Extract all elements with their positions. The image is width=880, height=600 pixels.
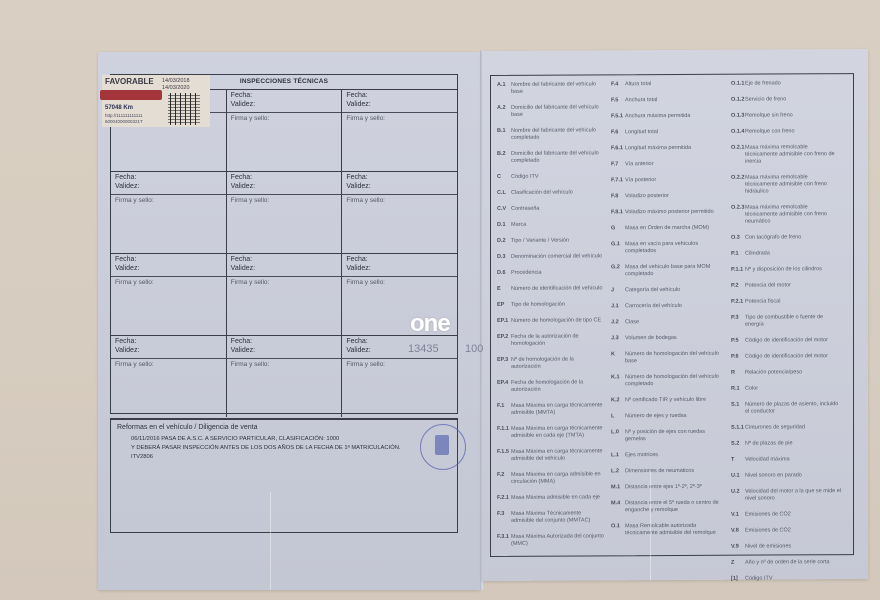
code-key: F.6.1 <box>611 145 625 152</box>
code-key: P.6 <box>731 354 745 361</box>
code-label: Tipo de homologación <box>511 301 605 308</box>
code-key: L <box>611 413 625 420</box>
code-item: D.1Marca <box>497 221 605 229</box>
code-label: Contraseña <box>511 205 605 212</box>
code-key: J <box>611 287 625 294</box>
code-label: Potencia del motor <box>745 282 841 290</box>
code-item: A.1Nombre del fabricante del vehículo ba… <box>497 81 605 96</box>
code-label: Masa en vacío para vehículos completados <box>625 241 725 256</box>
code-item: F.1.5Masa Máxima en carga técnicamente a… <box>497 448 605 463</box>
code-label: Nombre del fabricante del vehículo base <box>511 81 605 95</box>
code-item: J.1Carrocería del vehículo <box>611 303 725 311</box>
code-item: P.6Código de identificación del motor <box>731 353 841 361</box>
code-label: Masa Máxima en carga técnicamente admisi… <box>511 425 605 439</box>
code-label: Color <box>745 385 841 393</box>
inspection-cell-header: Fecha:Validez: <box>342 336 457 359</box>
code-key: EP.4 <box>497 380 511 394</box>
code-key: G.2 <box>611 264 625 278</box>
fecha-label: Fecha: <box>231 255 338 264</box>
code-key: F.4 <box>611 81 625 88</box>
code-label: Categoría del vehículo <box>625 287 725 295</box>
code-key: F.1.5 <box>497 449 511 463</box>
official-stamp-icon <box>420 424 466 470</box>
codes-column-1: A.1Nombre del fabricante del vehículo ba… <box>497 81 605 557</box>
inspection-cell-header: Fecha:Validez: <box>342 172 457 195</box>
code-item: P.1.1Nº y disposición de los cilindros <box>731 266 841 274</box>
code-key: S.1 <box>731 402 745 416</box>
qr-code-icon <box>168 93 200 125</box>
validez-label: Validez: <box>115 182 222 191</box>
code-item: J.2Clase <box>611 319 725 327</box>
code-item: F.2.1Masa Máxima admisible en cada eje <box>497 494 605 502</box>
code-label: Longitud total <box>625 129 725 137</box>
code-label: Código ITV <box>745 575 841 583</box>
code-item: D.3Denominación comercial del vehículo <box>497 253 605 261</box>
inspection-cell: Fecha:Validez:Firma y sello: <box>342 336 457 417</box>
code-item: O.2.2Masa máxima remolcable técnicamente… <box>731 174 841 196</box>
code-key: P.3 <box>731 315 745 329</box>
code-item: P.1Cilindrada <box>731 250 841 258</box>
code-label: Vía posterior <box>625 177 725 185</box>
fecha-label: Fecha: <box>231 91 338 100</box>
code-key: F.2 <box>497 472 511 486</box>
code-key: C.V <box>497 206 511 213</box>
inspection-cell-header: Fecha:Validez: <box>227 90 342 113</box>
code-label: Nivel sonoro en parado <box>745 472 841 480</box>
reformas-section: Reformas en el vehículo / Diligencia de … <box>110 418 458 533</box>
inspection-cell: Fecha:Validez:Firma y sello: <box>342 90 457 171</box>
validez-label: Validez: <box>231 182 338 191</box>
code-key: O.1.3 <box>731 113 745 120</box>
code-item: RRelación potencia/peso <box>731 369 841 377</box>
code-label: Distancia entre ejes 1º-2º, 2º-3º <box>625 484 725 492</box>
code-label: Distancia entre el 5º rueda o centro de … <box>625 500 725 515</box>
redaction-bar <box>100 90 162 100</box>
watermark: one 13435 100 <box>410 312 450 336</box>
code-item: U.2Velocidad del motor a la que se mide … <box>731 488 841 503</box>
code-item: K.2Nº certificado TIR y vehículo libre <box>611 397 725 405</box>
code-label: Voladizo máximo posterior permitido <box>625 209 725 217</box>
code-item: LNúmero de ejes y ruedas <box>611 413 725 421</box>
code-item: O.2.1Masa máxima remolcable técnicamente… <box>731 144 841 166</box>
code-item: F.3.1Masa Máxima Autorizada del conjunto… <box>497 533 605 548</box>
code-item: F.3Masa Máxima Técnicamente admisible de… <box>497 510 605 525</box>
code-label: Masa del vehículo base para MOM completa… <box>625 264 725 279</box>
code-item: D.2Tipo / Variante / Versión <box>497 237 605 245</box>
code-key: J.3 <box>611 335 625 342</box>
inspection-cell: Fecha:Validez:Firma y sello: <box>227 172 343 253</box>
code-key: EP.2 <box>497 334 511 348</box>
firma-label: Firma y sello: <box>342 195 457 206</box>
code-key: F.7 <box>611 161 625 168</box>
code-label: Masa Máxima admisible en cada eje <box>511 494 605 501</box>
code-key: F.5.1 <box>611 113 625 120</box>
code-item: J.3Volumen de bodegas <box>611 335 725 343</box>
code-item: KNúmero de homologación del vehículo bas… <box>611 351 725 366</box>
code-label: Altura total <box>625 81 725 89</box>
code-item: F.8Voladizo posterior <box>611 193 725 201</box>
code-key: F.3 <box>497 511 511 525</box>
code-key: G <box>611 225 625 232</box>
code-key: K.2 <box>611 397 625 404</box>
code-item: F.7.1Vía posterior <box>611 177 725 185</box>
code-label: Nº y posición de ejes con ruedas gemelas <box>625 429 725 444</box>
code-label: Masa Máxima en carga técnicamente admisi… <box>511 448 605 462</box>
code-key: P.2.1 <box>731 299 745 306</box>
code-key: L.1 <box>611 452 625 459</box>
code-item: F.6.1Longitud máxima permitida <box>611 145 725 153</box>
inspection-cell: Fecha:Validez:Firma y sello: <box>111 336 227 417</box>
code-item: B.1Nombre del fabricante del vehículo co… <box>497 127 605 142</box>
code-label: Tipo de combustible o fuente de energía <box>745 314 841 329</box>
code-label: Número de ejes y ruedas <box>625 413 725 421</box>
code-item: S.1.1Cinturones de seguridad <box>731 424 841 432</box>
code-key: D.1 <box>497 222 511 229</box>
code-key: F.5 <box>611 97 625 104</box>
code-item: EPTipo de homologación <box>497 301 605 309</box>
code-item: EP.2Fecha de la autorización de homologa… <box>497 333 605 348</box>
code-key: EP <box>497 302 511 309</box>
code-label: Volumen de bodegas <box>625 335 725 343</box>
code-item: V.1Emisiones de CO2 <box>731 511 841 519</box>
code-label: Cinturones de seguridad <box>745 424 841 432</box>
inspection-cell-header: Fecha:Validez: <box>342 254 457 277</box>
code-label: Cilindrada <box>745 250 841 258</box>
watermark-number-left: 13435 <box>408 343 439 355</box>
code-key: O.1.2 <box>731 97 745 104</box>
inspection-row: Fecha:Validez:Firma y sello:Fecha:Valide… <box>111 254 457 336</box>
code-item: GMasa en Orden de marcha (MOM) <box>611 225 725 233</box>
code-item: JCategoría del vehículo <box>611 287 725 295</box>
code-item: CCódigo ITV <box>497 173 605 181</box>
code-key: P.1 <box>731 251 745 258</box>
code-key: O.1.4 <box>731 129 745 136</box>
validez-label: Validez: <box>346 264 453 273</box>
code-item: O.1.4Remolque con freno <box>731 128 841 136</box>
code-item: [1]Código ITV <box>731 575 841 583</box>
code-item: F.1Masa Máxima en carga técnicamente adm… <box>497 402 605 417</box>
code-key: S.2 <box>731 441 745 448</box>
firma-label: Firma y sello: <box>227 113 342 124</box>
code-key: F.6 <box>611 129 625 136</box>
code-label: Código de identificación del motor <box>745 353 841 361</box>
code-key: J.2 <box>611 319 625 326</box>
code-label: Año y nº de orden de la serie corta <box>745 559 841 567</box>
firma-label: Firma y sello: <box>342 359 457 370</box>
reformas-line: Y DEBERÁ PASAR INSPECCIÓN ANTES DE LOS D… <box>111 444 457 453</box>
code-key: F.8.1 <box>611 209 625 216</box>
code-item: O.3Con tacógrafo de freno <box>731 234 841 242</box>
code-label: Número de homologación de tipo CE <box>511 317 605 324</box>
code-item: A.2Domicilio del fabricante del vehículo… <box>497 104 605 119</box>
code-key: G.1 <box>611 241 625 255</box>
code-item: M.4Distancia entre el 5º rueda o centro … <box>611 500 725 515</box>
code-label: Remolque con freno <box>745 128 841 136</box>
code-key: L.2 <box>611 468 625 475</box>
code-label: Ejes motrices <box>625 452 725 460</box>
code-key: D.3 <box>497 254 511 261</box>
code-key: O.2.1 <box>731 145 745 166</box>
code-item: P.3Tipo de combustible o fuente de energ… <box>731 314 841 329</box>
code-label: Nº certificado TIR y vehículo libre <box>625 397 725 405</box>
inspection-cell: Fecha:Validez:Firma y sello: <box>227 90 343 171</box>
inspection-cell: Fecha:Validez:Firma y sello: <box>111 254 227 335</box>
code-item: O.1Masa Remolcable autorizada técnicamen… <box>611 523 725 538</box>
code-item: G.1Masa en vacío para vehículos completa… <box>611 241 725 256</box>
inspection-cell: Fecha:Validez:Firma y sello: <box>111 172 227 253</box>
watermark-logo: one <box>410 312 450 336</box>
code-label: Emisiones de CO2 <box>745 527 841 535</box>
sticker-validity-date: 14/03/2020 <box>162 85 190 91</box>
reformas-line: ITV2806 <box>111 453 457 462</box>
code-label: Carrocería del vehículo <box>625 303 725 311</box>
code-key: V.9 <box>731 544 745 551</box>
code-key: O.1 <box>611 523 625 537</box>
code-key: J.1 <box>611 303 625 310</box>
code-key: B.1 <box>497 128 511 142</box>
reformas-line: 06/11/2016 PASA DE A.S.C. A SERVICIO PAR… <box>111 435 457 444</box>
code-item: V.9Nivel de emisiones <box>731 543 841 551</box>
code-label: Dimensiones de neumáticos <box>625 468 725 476</box>
validez-label: Validez: <box>231 346 338 355</box>
code-key: O.2.3 <box>731 205 745 226</box>
validez-label: Validez: <box>346 100 453 109</box>
code-key: Z <box>731 560 745 567</box>
code-label: Tipo / Variante / Versión <box>511 237 605 244</box>
code-key: V.1 <box>731 512 745 519</box>
code-key: P.2 <box>731 283 745 290</box>
firma-label: Firma y sello: <box>227 359 342 370</box>
firma-label: Firma y sello: <box>227 277 342 288</box>
inspection-cell-header: Fecha:Validez: <box>227 254 342 277</box>
code-item: F.8.1Voladizo máximo posterior permitido <box>611 209 725 217</box>
code-label: Masa máxima remolcable técnicamente admi… <box>745 174 841 196</box>
code-item: F.1.1Masa Máxima en carga técnicamente a… <box>497 425 605 440</box>
code-label: Vía anterior <box>625 161 725 169</box>
code-item: B.2Domicilio del fabricante del vehículo… <box>497 150 605 165</box>
code-key: L.0 <box>611 429 625 443</box>
sticker-odometer: 57048 Km <box>105 105 133 111</box>
code-key: P.5 <box>731 338 745 345</box>
inspection-row: Fecha:Validez:Firma y sello:Fecha:Valide… <box>111 172 457 254</box>
code-item: G.2Masa del vehículo base para MOM compl… <box>611 264 725 279</box>
code-label: Clase <box>625 319 725 327</box>
inspection-cell-header: Fecha:Validez: <box>111 336 226 359</box>
code-key: E <box>497 286 511 293</box>
sticker-line-1: http://111111111111 <box>105 113 143 118</box>
code-item: K.1Número de homologación del vehículo c… <box>611 374 725 389</box>
itv-sticker: FAVORABLE 14/03/2018 14/03/2020 57048 Km… <box>102 75 210 127</box>
code-key: F.3.1 <box>497 534 511 548</box>
code-item: ZAño y nº de orden de la serie corta <box>731 559 841 567</box>
code-label: Masa máxima remolcable técnicamente admi… <box>745 204 841 226</box>
inspection-cell: Fecha:Validez:Firma y sello: <box>227 254 343 335</box>
code-item: O.1.2Servicio de freno <box>731 96 841 104</box>
code-item: D.6Procedencia <box>497 269 605 277</box>
codes-column-3: O.1.1Eje de frenadoO.1.2Servicio de fren… <box>731 80 841 592</box>
code-label: Masa Máxima en carga admisible en circul… <box>511 471 605 485</box>
inspection-cell: Fecha:Validez:Firma y sello: <box>342 172 457 253</box>
code-item: O.1.1Eje de frenado <box>731 80 841 88</box>
code-label: Remolque sin freno <box>745 112 841 120</box>
inspection-row: Fecha:Validez:Firma y sello:Fecha:Valide… <box>111 336 457 417</box>
watermark-number-right: 100 <box>465 343 483 355</box>
code-label: Domicilio del fabricante del vehículo co… <box>511 150 605 164</box>
code-item: L.2Dimensiones de neumáticos <box>611 468 725 476</box>
code-item: ENúmero de identificación del vehículo <box>497 285 605 293</box>
code-key: EP.1 <box>497 318 511 325</box>
code-key: [1] <box>731 576 745 583</box>
code-label: Potencia fiscal <box>745 298 841 306</box>
right-page: A.1Nombre del fabricante del vehículo ba… <box>482 49 868 581</box>
code-label: Nombre del fabricante del vehículo compl… <box>511 127 605 141</box>
code-item: P.2Potencia del motor <box>731 282 841 290</box>
code-item: EP.1Número de homologación de tipo CE <box>497 317 605 325</box>
validez-label: Validez: <box>231 100 338 109</box>
code-item: F.7Vía anterior <box>611 161 725 169</box>
code-label: Velocidad del motor a la que se mide el … <box>745 488 841 503</box>
codes-table: A.1Nombre del fabricante del vehículo ba… <box>490 73 854 557</box>
inspection-cell-header: Fecha:Validez: <box>111 172 226 195</box>
code-label: Servicio de freno <box>745 96 841 104</box>
code-key: S.1.1 <box>731 425 745 432</box>
validez-label: Validez: <box>346 182 453 191</box>
code-label: Domicilio del fabricante del vehículo ba… <box>511 104 605 118</box>
code-key: B.2 <box>497 151 511 165</box>
fecha-label: Fecha: <box>115 337 222 346</box>
code-item: F.6Longitud total <box>611 129 725 137</box>
code-label: Fecha de homologación de la autorización <box>511 379 605 393</box>
code-key: D.6 <box>497 270 511 277</box>
firma-label: Firma y sello: <box>227 195 342 206</box>
code-key: O.1.1 <box>731 81 745 88</box>
firma-label: Firma y sello: <box>342 113 457 124</box>
code-label: Fecha de la autorización de homologación <box>511 333 605 347</box>
fecha-label: Fecha: <box>231 173 338 182</box>
code-item: O.1.3Remolque sin freno <box>731 112 841 120</box>
firma-label: Firma y sello: <box>342 277 457 288</box>
code-item: F.5.1Anchura máxima permitida <box>611 113 725 121</box>
code-key: M.4 <box>611 500 625 514</box>
code-label: Anchura total <box>625 97 725 105</box>
code-label: Número de homologación del vehículo comp… <box>625 374 725 389</box>
code-item: F.4Altura total <box>611 81 725 89</box>
code-label: Con tacógrafo de freno <box>745 234 841 242</box>
code-label: Masa Máxima Autorizada del conjunto (MMC… <box>511 533 605 547</box>
code-key: A.1 <box>497 82 511 96</box>
sticker-line-2: 60004000000321T <box>105 119 143 124</box>
code-label: Voladizo posterior <box>625 193 725 201</box>
inspection-cell: Fecha:Validez:Firma y sello: <box>227 336 343 417</box>
code-label: Masa en Orden de marcha (MOM) <box>625 225 725 233</box>
code-key: M.1 <box>611 484 625 491</box>
code-label: Marca <box>511 221 605 228</box>
firma-label: Firma y sello: <box>111 359 226 370</box>
code-key: R.1 <box>731 386 745 393</box>
code-item: R.1Color <box>731 385 841 393</box>
code-key: K <box>611 351 625 365</box>
code-label: Nº de homologación de la autorización <box>511 356 605 370</box>
code-label: Relación potencia/peso <box>745 369 841 377</box>
fecha-label: Fecha: <box>115 173 222 182</box>
code-key: P.1.1 <box>731 267 745 274</box>
sticker-inspection-date: 14/03/2018 <box>162 78 190 84</box>
inspection-cell-header: Fecha:Validez: <box>227 336 342 359</box>
fecha-label: Fecha: <box>231 337 338 346</box>
code-item: V.8Emisiones de CO2 <box>731 527 841 535</box>
code-key: F.2.1 <box>497 495 511 502</box>
code-label: Masa Máxima en carga técnicamente admisi… <box>511 402 605 416</box>
code-label: Clasificación del vehículo <box>511 189 605 196</box>
code-key: T <box>731 457 745 464</box>
code-key: U.2 <box>731 489 745 503</box>
code-item: C.LClasificación del vehículo <box>497 189 605 197</box>
fecha-label: Fecha: <box>346 173 453 182</box>
code-key: EP.3 <box>497 357 511 371</box>
code-key: U.1 <box>731 473 745 480</box>
code-item: F.5Anchura total <box>611 97 725 105</box>
code-item: C.VContraseña <box>497 205 605 213</box>
code-label: Código de identificación del motor <box>745 337 841 345</box>
code-key: V.8 <box>731 528 745 535</box>
code-label: Velocidad máxima <box>745 456 841 464</box>
firma-label: Firma y sello: <box>111 195 226 206</box>
code-item: L.0Nº y posición de ejes con ruedas geme… <box>611 429 725 444</box>
fecha-label: Fecha: <box>346 91 453 100</box>
validez-label: Validez: <box>115 264 222 273</box>
code-label: Número de homologación del vehículo base <box>625 351 725 366</box>
code-key: D.2 <box>497 238 511 245</box>
code-label: Eje de frenado <box>745 80 841 88</box>
codes-column-2: F.4Altura totalF.5Anchura totalF.5.1Anch… <box>611 81 725 547</box>
inspection-cell-header: Fecha:Validez: <box>111 254 226 277</box>
code-label: Masa máxima remolcable técnicamente admi… <box>745 144 841 166</box>
fecha-label: Fecha: <box>346 255 453 264</box>
code-key: O.2.2 <box>731 175 745 196</box>
code-key: K.1 <box>611 374 625 388</box>
code-item: U.1Nivel sonoro en parado <box>731 472 841 480</box>
code-item: O.2.3Masa máxima remolcable técnicamente… <box>731 204 841 226</box>
code-key: F.1.1 <box>497 426 511 440</box>
code-item: S.2Nº de plazas de pie <box>731 440 841 448</box>
code-item: S.1Número de plazas de asiento, incluido… <box>731 401 841 416</box>
code-key: A.2 <box>497 105 511 119</box>
code-label: Longitud máxima permitida <box>625 145 725 153</box>
code-label: Nivel de emisiones <box>745 543 841 551</box>
code-key: F.1 <box>497 403 511 417</box>
code-label: Nº de plazas de pie <box>745 440 841 448</box>
code-item: P.5Código de identificación del motor <box>731 337 841 345</box>
fecha-label: Fecha: <box>115 255 222 264</box>
code-item: M.1Distancia entre ejes 1º-2º, 2º-3º <box>611 484 725 492</box>
code-item: TVelocidad máxima <box>731 456 841 464</box>
code-label: Código ITV <box>511 173 605 180</box>
code-label: Procedencia <box>511 269 605 276</box>
code-label: Nº y disposición de los cilindros <box>745 266 841 274</box>
validez-label: Validez: <box>115 346 222 355</box>
code-item: EP.4Fecha de homologación de la autoriza… <box>497 379 605 394</box>
reformas-title: Reformas en el vehículo / Diligencia de … <box>111 420 457 435</box>
code-label: Masa Máxima Técnicamente admisible del c… <box>511 510 605 524</box>
code-label: Número de identificación del vehículo <box>511 285 605 292</box>
code-item: L.1Ejes motrices <box>611 452 725 460</box>
code-key: F.7.1 <box>611 177 625 184</box>
code-item: EP.3Nº de homologación de la autorizació… <box>497 356 605 371</box>
code-key: O.3 <box>731 235 745 242</box>
sticker-result: FAVORABLE <box>105 77 154 86</box>
code-item: F.2Masa Máxima en carga admisible en cir… <box>497 471 605 486</box>
inspection-cell-header: Fecha:Validez: <box>342 90 457 113</box>
